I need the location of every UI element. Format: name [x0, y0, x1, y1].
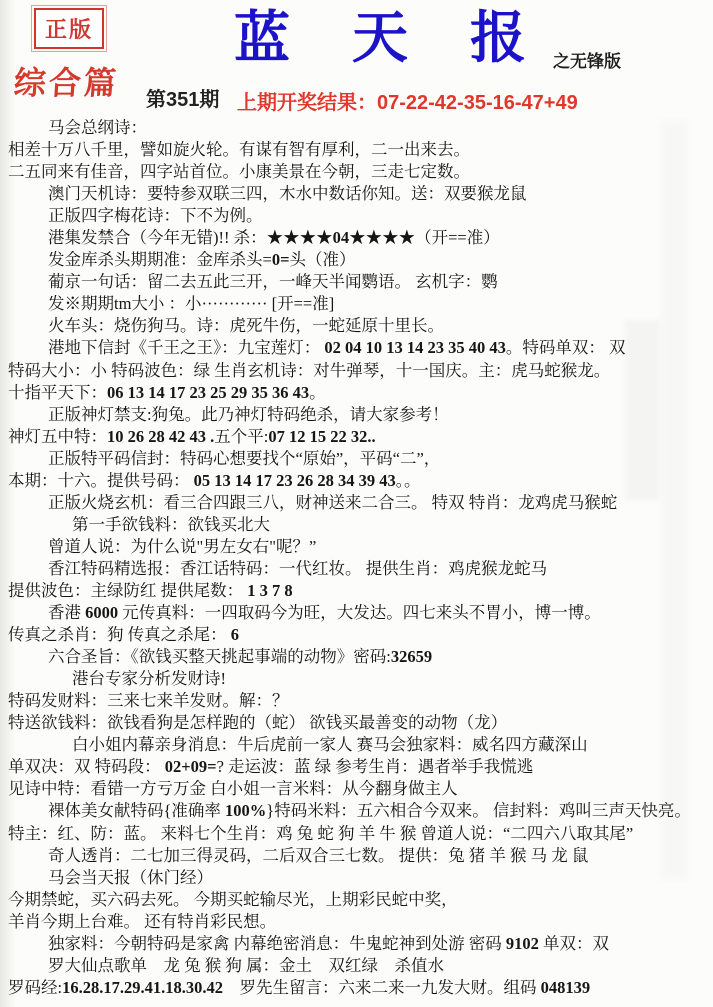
report-line: 第一手欲钱料：欲钱买北大	[8, 514, 708, 536]
report-line: 独家料：今朝特码是家禽 内幕绝密消息：牛鬼蛇神到处游 密码 9102 单双：双	[8, 933, 708, 955]
report-line: 十指平天下：06 13 14 17 23 25 29 35 36 43。	[8, 382, 708, 404]
report-line: 罗码经:16.28.17.29.41.18.30.42 罗先生留言：六来二来一九…	[8, 977, 708, 999]
report-line: 马会当天报（休门经）	[8, 867, 708, 889]
report-line: 罗大仙点歌单 龙 兔 猴 狗 属：金土 双红绿 杀值水	[8, 955, 708, 977]
report-line: 特码大小：小 特码波色：绿 生肖玄机诗：对牛弹琴，十一国庆。主：虎马蛇猴龙。	[8, 360, 708, 382]
report-line: 正版四字梅花诗：下不为例。	[8, 205, 708, 227]
section-title: 综合篇	[12, 58, 120, 104]
report-line: 今期禁蛇，买六码去死。 今期买蛇输尽光，上期彩民蛇中奖，	[8, 889, 708, 911]
report-line: 羊肖今期上台难。 还有特肖彩民想。	[8, 911, 708, 933]
report-line: 提供波色：主绿防红 提供尾数： 1 3 7 8	[8, 580, 708, 602]
report-line: 六合圣旨：《欲钱买整天挑起事端的动物》密码:32659	[8, 646, 708, 668]
report-line: 港集发禁合（今年无错)!! 杀：★★★★04★★★★（开==准）	[8, 227, 708, 249]
report-line: 传真之杀肖：狗 传真之杀尾： 6	[8, 624, 708, 646]
report-line: 正版神灯禁支:狗兔。此乃神灯特码绝杀，请大家参考！	[8, 404, 708, 426]
report-line: 二五同来有佳音，四字站首位。小康美景在今朝，三走七定数。	[8, 161, 708, 183]
report-line: 白小姐内幕亲身消息：牛后虎前一家人 赛马会独家料：威名四方藏深山	[8, 734, 708, 756]
report-line: 正版特平码信封：特码心想要找个“原始”，平码“二”，	[8, 448, 708, 470]
report-line: 曾道人说：为什么说"男左女右"呢？”	[8, 536, 708, 558]
report-line: 裸体美女献特码{准确率 100%}特码米料：五六相合今双来。 信封料：鸡叫三声天…	[8, 800, 708, 822]
report-line: 特码发财料：三来七来羊发财。解：？	[8, 690, 708, 712]
report-line: 本期：十六。提供号码： 05 13 14 17 23 26 28 34 39 4…	[8, 470, 708, 492]
edition-badge: 正版	[34, 8, 104, 49]
report-line: 发金库杀头期期准：金库杀头=0=头（准）	[8, 249, 708, 271]
report-line: 奇人透肖：二七加三得灵码，二后双合三七数。 提供：兔 猪 羊 猴 马 龙 鼠	[8, 845, 708, 867]
report-line: 澳门天机诗：要特参双联三四，木水中数话你知。送：双要猴龙鼠	[8, 183, 708, 205]
last-draw-result: 上期开奖结果：07-22-42-35-16-47+49	[237, 86, 578, 115]
report-line: 葡京一句话：留二去五此三开，一峰天半闻鹦语。 玄机字：鹦	[8, 271, 708, 293]
report-line: 正版火烧玄机：看三合四跟三八，财神送来二合三。 特双 特肖：龙鸡虎马猴蛇	[8, 492, 708, 514]
report-line: 单双决：双 特码段： 02+09=? 走运波：蓝 绿 参考生肖：遇者举手我慌逃	[8, 756, 708, 778]
report-line: 相差十万八千里，譬如旋火轮。有谋有智有厚利，二一出来去。	[8, 139, 708, 161]
masthead-title: 蓝 天 报	[234, 0, 550, 74]
newspaper-page: 正版 蓝 天 报 之无锋版 综合篇 第351期 上期开奖结果：07-22-42-…	[0, 0, 713, 1007]
report-line: 港地下信封《千王之王》：九宝莲灯： 02 04 10 13 14 23 35 4…	[8, 337, 708, 359]
report-line: 特送欲钱料：欲钱看狗是怎样跑的（蛇） 欲钱买最善变的动物（龙）	[8, 712, 708, 734]
report-line: 香港 6000 元传真料：一四取码今为旺，大发达。四七来头不胃小，博一博。	[8, 602, 708, 624]
report-line: 香江特码精选报：香江话特码：一代红妆。 提供生肖：鸡虎猴龙蛇马	[8, 558, 708, 580]
report-line: 见诗中特：看错一方亏万金 白小姐一言米料：从今翻身做主人	[8, 778, 708, 800]
report-line: 马会总纲诗：	[8, 117, 708, 139]
issue-number: 第351期	[146, 83, 219, 112]
report-line: 神灯五中特：10 26 28 42 43 .五个平:07 12 15 22 32…	[8, 426, 708, 448]
report-line: 火车头：烧伤狗马。诗：虎死牛伤，一蛇延原十里长。	[8, 315, 708, 337]
report-line: 特主：红、防：蓝。 来料七个生肖：鸡 兔 蛇 狗 羊 牛 猴 曾道人说：“二四六…	[8, 823, 708, 845]
report-body: 马会总纲诗：相差十万八千里，譬如旋火轮。有谋有智有厚利，二一出来去。二五同来有佳…	[8, 117, 708, 999]
report-line: 发※期期tm大小 ：小············ [开==准]	[8, 293, 708, 315]
report-line: 港台专家分析发财诗!	[8, 668, 708, 690]
masthead-edition-suffix: 之无锋版	[553, 47, 621, 72]
